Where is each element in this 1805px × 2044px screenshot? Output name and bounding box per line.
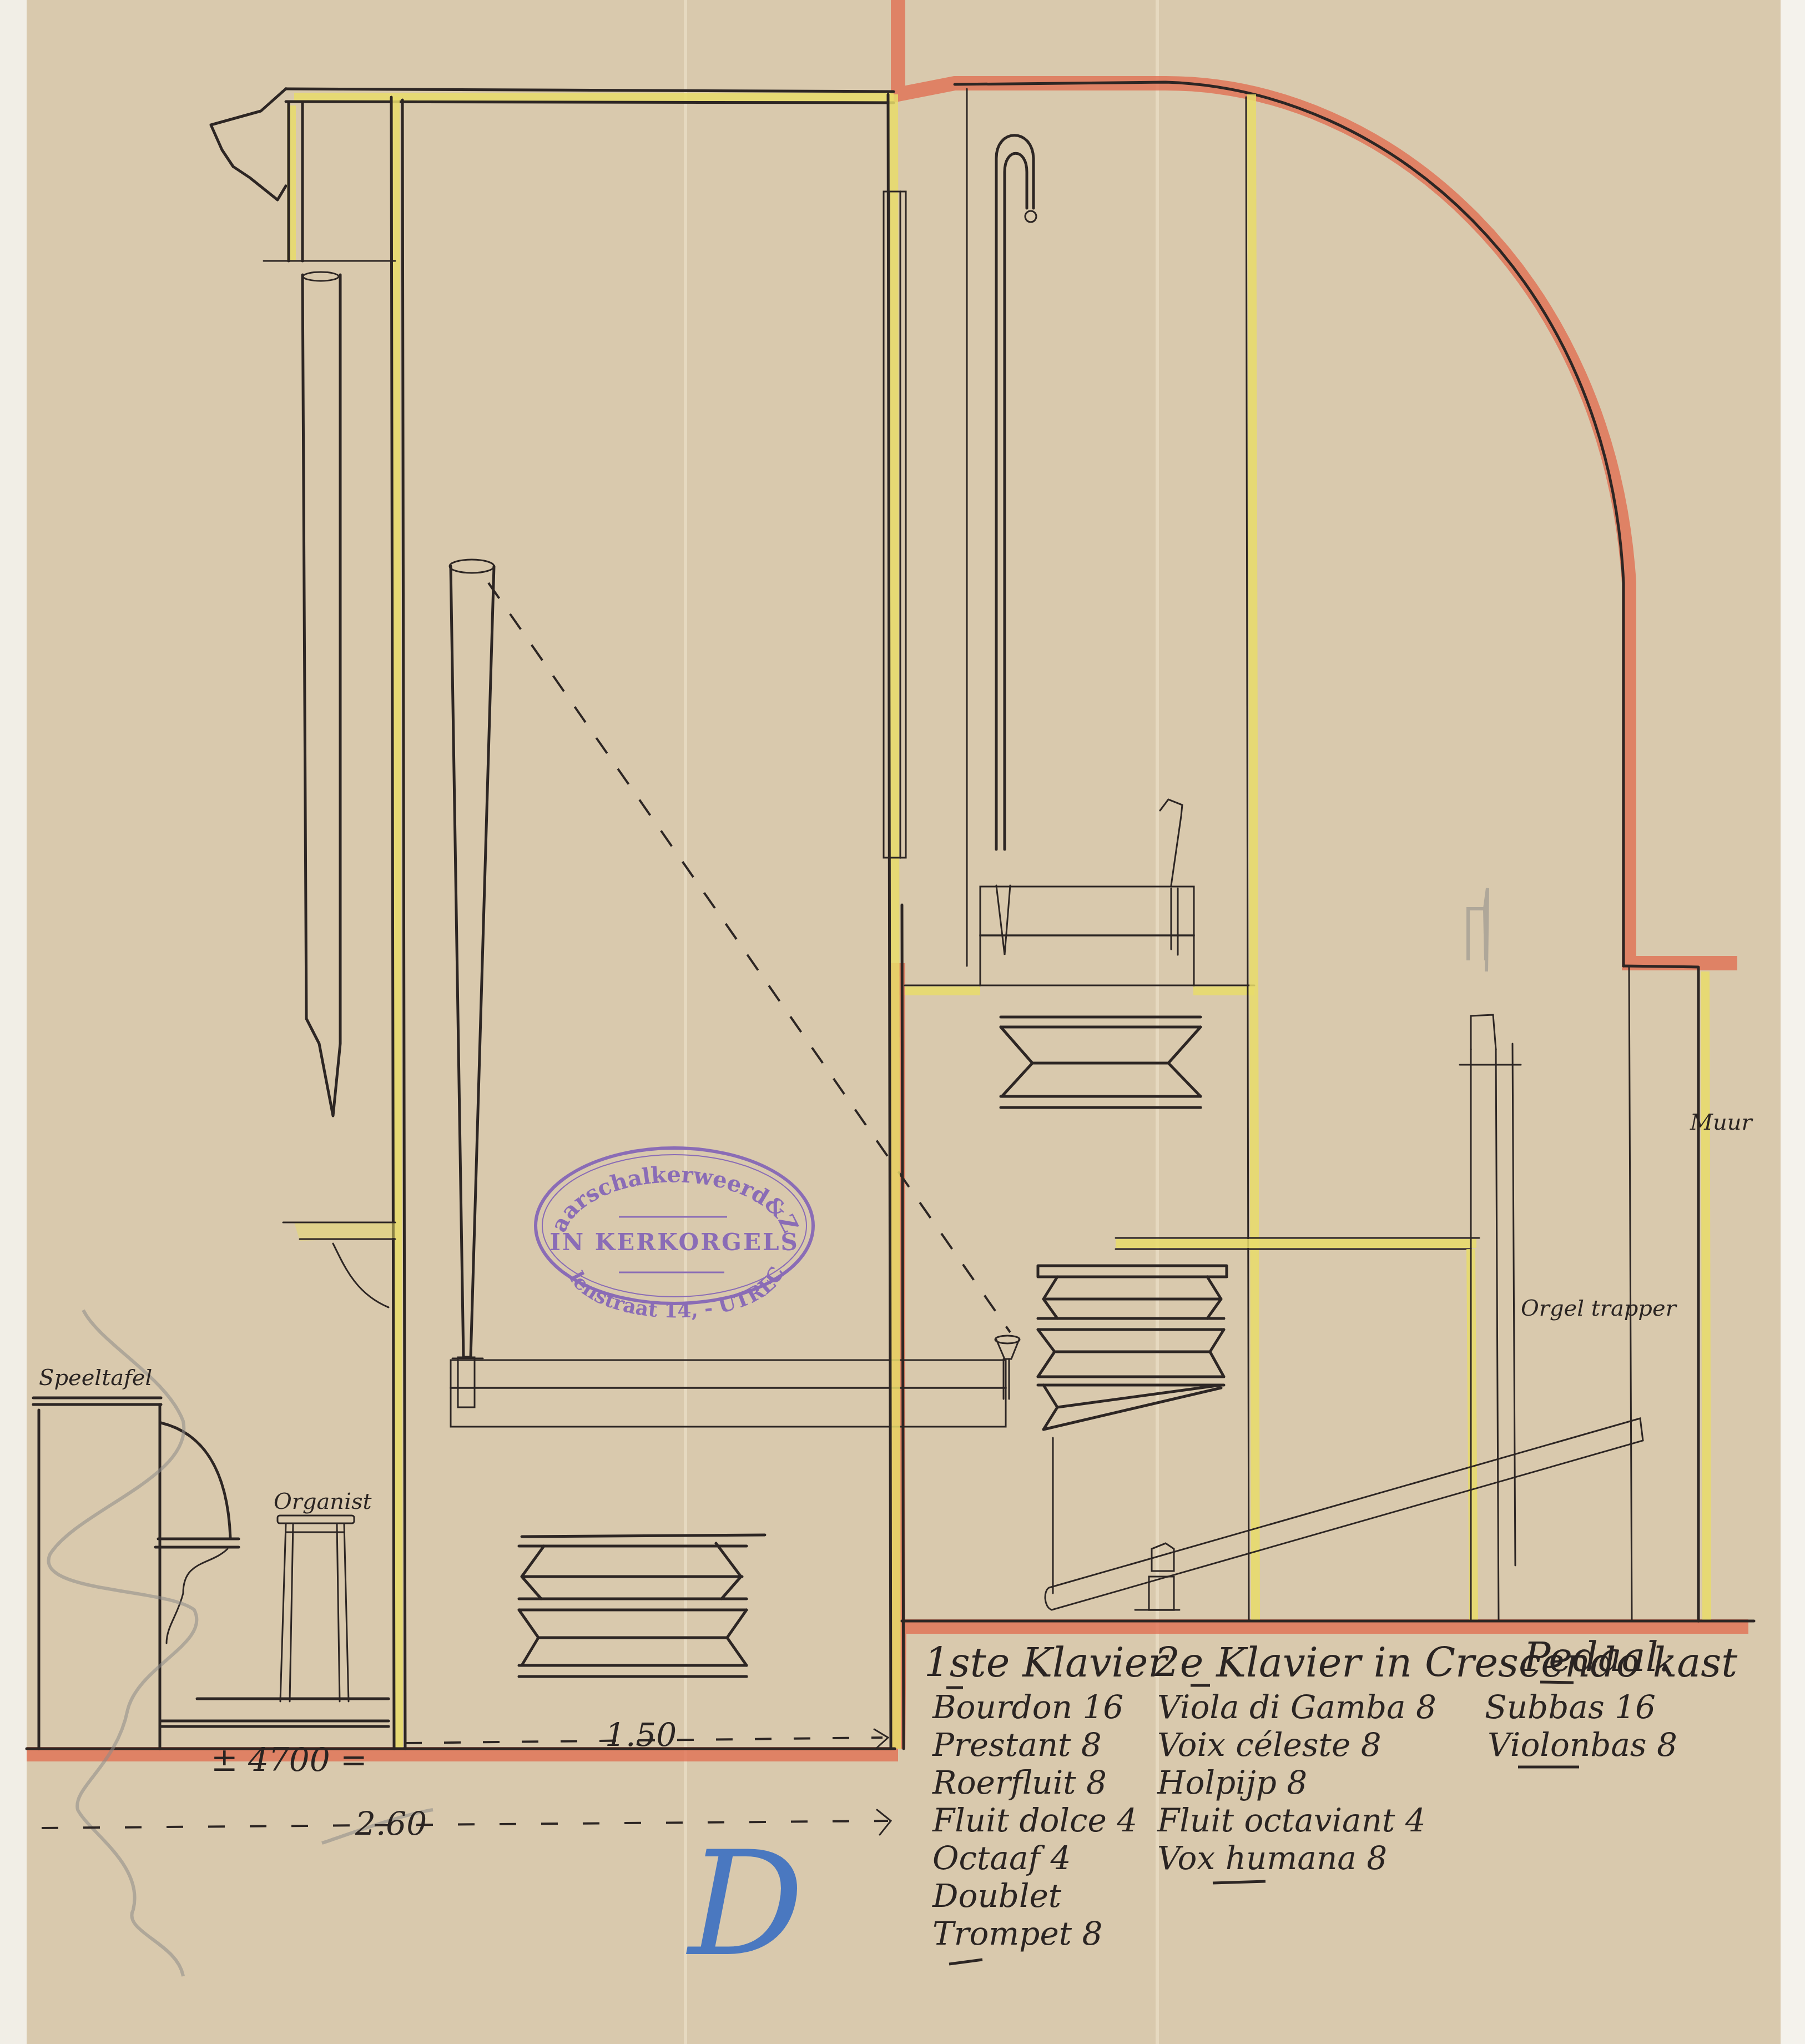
dimension-total-label: 2.60 <box>355 1805 427 1842</box>
stop-item: Voix céleste 8 <box>1157 1726 1382 1764</box>
stamp-line-2: IN KERKORGELS <box>549 1229 799 1256</box>
label-organist: Organist <box>274 1489 372 1514</box>
stop-item: Fluit octaviant 4 <box>1157 1801 1426 1839</box>
stop-item: Trompet 8 <box>932 1915 1102 1952</box>
stop-item: Subbas 16 <box>1485 1688 1656 1726</box>
drawing-text-layer: Maarschalkerweerd&Zn. IN KERKORGELS Zuil… <box>0 0 1805 2044</box>
organ-drawing-sheet: Maarschalkerweerd&Zn. IN KERKORGELS Zuil… <box>0 0 1805 2044</box>
sheet-letter: D <box>686 1821 804 1988</box>
stop-item: Octaaf 4 <box>932 1839 1071 1877</box>
stamp-line-3: Zuilenstraat 14, - UTRECHT <box>0 0 789 1323</box>
stop-item: Violonbas 8 <box>1488 1726 1677 1764</box>
label-orgel-trapper: Orgel trapper <box>1521 1296 1678 1321</box>
label-speeltafel: Speeltafel <box>39 1365 152 1391</box>
stop-item: Prestant 8 <box>932 1726 1102 1764</box>
stop-item: Fluit dolce 4 <box>932 1801 1137 1839</box>
stop-item: Roerfluit 8 <box>932 1764 1107 1801</box>
dimension-inner-label: 1.50 <box>605 1716 677 1754</box>
pedal-title: Pedaal. <box>1522 1634 1671 1680</box>
stop-item: Doublet <box>932 1877 1062 1915</box>
stop-item: Vox humana 8 <box>1157 1839 1387 1877</box>
dimension-height-label: ± 4700 = <box>211 1741 367 1779</box>
stop-item: Bourdon 16 <box>932 1688 1123 1726</box>
stoplist-manual-1: 1ste Klavier Bourdon 16 Prestant 8 Roerf… <box>924 1639 1169 1964</box>
label-muur: Muur <box>1690 1110 1753 1135</box>
manual-1-title: 1ste Klavier <box>924 1639 1169 1686</box>
stop-item: Holpijp 8 <box>1157 1764 1307 1801</box>
stop-item: Viola di Gamba 8 <box>1157 1688 1436 1726</box>
stamp-line-1: Maarschalkerweerd&Zn. <box>0 0 803 1237</box>
